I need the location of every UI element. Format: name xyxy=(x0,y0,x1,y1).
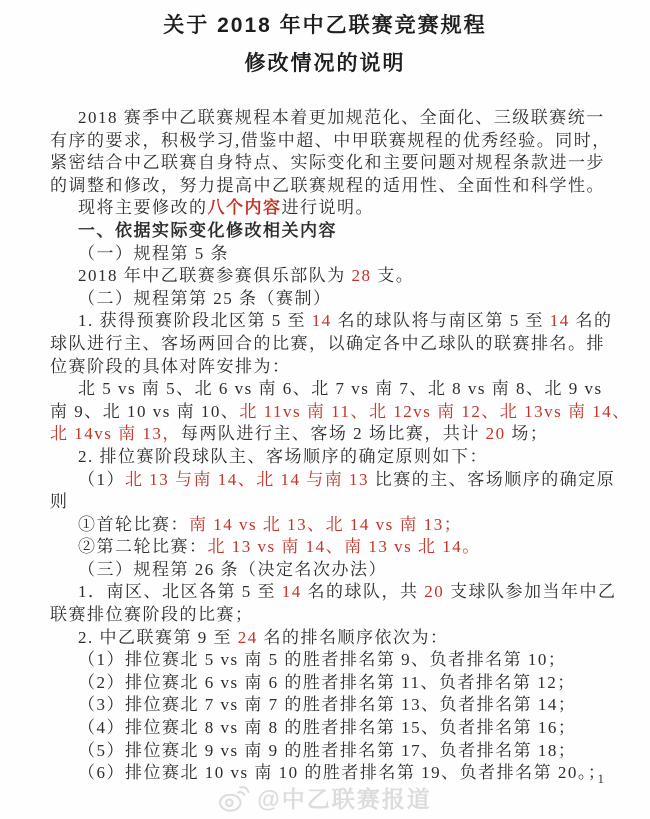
document-body: 2018 赛季中乙联赛规程本着更加规范化、全面化、三级联赛统一有序的要求，积极学… xyxy=(0,107,650,785)
text-run: （1）排位赛北 5 vs 南 5 的胜者排名第 9、负者排名第 10； xyxy=(78,650,566,669)
doc-line: （1）北 13 与南 14、北 14 与南 13 比赛的主、客场顺序的确定原 xyxy=(50,469,610,492)
doc-line: 2018 年中乙联赛参赛俱乐部队为 28 支。 xyxy=(50,265,610,288)
text-run-red: 北 14vs 南 13， xyxy=(50,424,181,443)
text-run: 2018 赛季中乙联赛规程本着更加规范化、全面化、三级联赛统一 xyxy=(78,108,605,127)
text-run: 2018 年中乙联赛参赛俱乐部队为 xyxy=(78,266,352,285)
text-run: ②第二轮比赛： xyxy=(78,537,208,556)
doc-line: 1．南区、北区各第 5 至 14 名的球队，共 20 支球队参加当年中乙 xyxy=(50,581,610,604)
text-run: （1） xyxy=(78,470,125,489)
text-run: 2. 中乙联赛第 9 至 xyxy=(78,628,238,647)
page-number: 1 xyxy=(598,771,605,787)
text-run: 紧密结合中乙联赛自身特点、实际变化和主要问题对规程条款进一步 xyxy=(50,153,605,172)
text-run-red: 北 13 与南 14、北 14 与南 13 xyxy=(125,470,375,489)
text-run: 北 5 vs 南 5、北 6 vs 南 6、北 7 vs 南 7、北 8 vs … xyxy=(78,379,603,398)
text-run: 一、依据实际变化修改相关内容 xyxy=(78,221,337,240)
doc-line: （2）排位赛北 6 vs 南 6 的胜者排名第 11、负者排名第 12； xyxy=(50,672,610,695)
text-run: （4）排位赛北 8 vs 南 8 的胜者排名第 15、负者排名第 16； xyxy=(78,718,576,737)
title-line-1: 关于 2018 年中乙联赛竞赛规程 xyxy=(0,7,650,45)
text-run: 1. 获得预赛阶段北区第 5 至 xyxy=(78,311,312,330)
doc-line: 紧密结合中乙联赛自身特点、实际变化和主要问题对规程条款进一步 xyxy=(50,152,610,175)
watermark-text: @中乙联赛报道 xyxy=(257,781,431,814)
text-run: 支。 xyxy=(372,266,415,285)
text-run-red: 28 xyxy=(352,266,372,285)
text-run: 2. 排位赛阶段球队主、客场顺序的确定原则如下： xyxy=(78,447,488,466)
text-run: （2）排位赛北 6 vs 南 6 的胜者排名第 11、负者排名第 12； xyxy=(78,673,576,692)
doc-line: （1）排位赛北 5 vs 南 5 的胜者排名第 9、负者排名第 10； xyxy=(50,649,610,672)
text-run: 名的球队，共 xyxy=(302,582,425,601)
text-run: （一）规程第 5 条 xyxy=(78,244,229,263)
doc-line: 位赛阶段的具体对阵安排为： xyxy=(50,356,610,379)
text-run-red: 北 13 vs 南 14、南 13 vs 北 14。 xyxy=(208,537,481,556)
doc-line: 现将主要修改的八个内容进行说明。 xyxy=(50,197,610,220)
doc-line: 2. 中乙联赛第 9 至 24 名的排名顺序依次为： xyxy=(50,627,610,650)
doc-line: ②第二轮比赛：北 13 vs 南 14、南 13 vs 北 14。 xyxy=(50,536,610,559)
text-run-red: 14 xyxy=(550,311,570,330)
text-run: 名的 xyxy=(570,311,613,330)
doc-line: （5）排位赛北 9 vs 南 9 的胜者排名第 17、负者排名第 18； xyxy=(50,740,610,763)
doc-line: （一）规程第 5 条 xyxy=(50,243,610,266)
doc-line: 南 9、北 10 vs 南 10、北 11vs 南 11、北 12vs 南 12… xyxy=(50,401,610,424)
weibo-icon xyxy=(218,784,250,812)
text-run-red: 14 xyxy=(312,311,332,330)
text-run-red: 24 xyxy=(238,628,258,647)
text-run: （6）排位赛北 10 vs 南 10 的胜者排名第 19、负者排名第 20。； xyxy=(78,763,606,782)
doc-line: 球队进行主、客场两回合的比赛，以确定各中乙球队的联赛排名。排 xyxy=(50,333,610,356)
doc-line: 有序的要求，积极学习,借鉴中超、中甲联赛规程的优秀经验。同时， xyxy=(50,130,610,153)
doc-line: 联赛排位赛阶段的比赛； xyxy=(50,604,610,627)
document-title: 关于 2018 年中乙联赛竞赛规程 修改情况的说明 xyxy=(0,0,650,83)
doc-line: （6）排位赛北 10 vs 南 10 的胜者排名第 19、负者排名第 20。； xyxy=(50,762,610,785)
text-run-red: 20 xyxy=(486,424,506,443)
text-run: （3）排位赛北 7 vs 南 7 的胜者排名第 13、负者排名第 14； xyxy=(78,695,576,714)
text-run: 进行说明。 xyxy=(282,198,375,217)
text-run: ①首轮比赛： xyxy=(78,515,189,534)
text-run-red: 20 xyxy=(424,582,444,601)
doc-line: 1. 获得预赛阶段北区第 5 至 14 名的球队将与南区第 5 至 14 名的 xyxy=(50,310,610,333)
text-run-red: 八个内容 xyxy=(208,198,282,217)
doc-line: （三）规程第 26 条（决定名次办法） xyxy=(50,559,610,582)
text-run-red: 北 11vs 南 11、北 12vs 南 12、北 13vs 南 14、 xyxy=(239,402,630,421)
text-run: 南 9、北 10 vs 南 10、 xyxy=(50,402,239,421)
text-run: 的调整和修改，努力提高中乙联赛规程的适用性、全面性和科学性。 xyxy=(50,176,605,195)
doc-line: 北 14vs 南 13，每两队进行主、客场 2 场比赛，共计 20 场； xyxy=(50,423,610,446)
watermark: @中乙联赛报道 xyxy=(0,781,650,814)
title-line-2: 修改情况的说明 xyxy=(0,45,650,83)
text-run: 联赛排位赛阶段的比赛； xyxy=(50,605,254,624)
text-run-red: 14 xyxy=(282,582,302,601)
text-run: （5）排位赛北 9 vs 南 9 的胜者排名第 17、负者排名第 18； xyxy=(78,741,576,760)
document-page: 关于 2018 年中乙联赛竞赛规程 修改情况的说明 2018 赛季中乙联赛规程本… xyxy=(0,0,650,819)
text-run: 现将主要修改的 xyxy=(78,198,208,217)
doc-line: 北 5 vs 南 5、北 6 vs 南 6、北 7 vs 南 7、北 8 vs … xyxy=(50,378,610,401)
text-run: 球队进行主、客场两回合的比赛，以确定各中乙球队的联赛排名。排 xyxy=(50,334,605,353)
text-run: 1．南区、北区各第 5 至 xyxy=(78,582,282,601)
doc-line: 2018 赛季中乙联赛规程本着更加规范化、全面化、三级联赛统一 xyxy=(50,107,610,130)
text-run: 则 xyxy=(50,492,69,511)
doc-line: （二）规程第第 25 条（赛制） xyxy=(50,288,610,311)
text-run: （三）规程第 26 条（决定名次办法） xyxy=(78,560,387,579)
doc-line: （4）排位赛北 8 vs 南 8 的胜者排名第 15、负者排名第 16； xyxy=(50,717,610,740)
text-run: 名的球队将与南区第 5 至 xyxy=(332,311,550,330)
text-run: 支球队参加当年中乙 xyxy=(444,582,616,601)
doc-line: 则 xyxy=(50,491,610,514)
text-run: 名的排名顺序依次为： xyxy=(258,628,449,647)
text-run: （二）规程第第 25 条（赛制） xyxy=(78,289,332,308)
doc-line: 一、依据实际变化修改相关内容 xyxy=(50,220,610,243)
text-run: 比赛的主、客场顺序的确定原 xyxy=(375,470,616,489)
doc-line: 2. 排位赛阶段球队主、客场顺序的确定原则如下： xyxy=(50,446,610,469)
doc-line: （3）排位赛北 7 vs 南 7 的胜者排名第 13、负者排名第 14； xyxy=(50,694,610,717)
doc-line: 的调整和修改，努力提高中乙联赛规程的适用性、全面性和科学性。 xyxy=(50,175,610,198)
text-run: 场； xyxy=(506,424,549,443)
text-run: 有序的要求，积极学习,借鉴中超、中甲联赛规程的优秀经验。同时， xyxy=(50,131,611,150)
doc-line: ①首轮比赛：南 14 vs 北 13、北 14 vs 南 13； xyxy=(50,514,610,537)
text-run: 位赛阶段的具体对阵安排为： xyxy=(50,357,291,376)
text-run-red: 南 14 vs 北 13、北 14 vs 南 13； xyxy=(189,515,462,534)
text-run: 每两队进行主、客场 2 场比赛，共计 xyxy=(181,424,486,443)
